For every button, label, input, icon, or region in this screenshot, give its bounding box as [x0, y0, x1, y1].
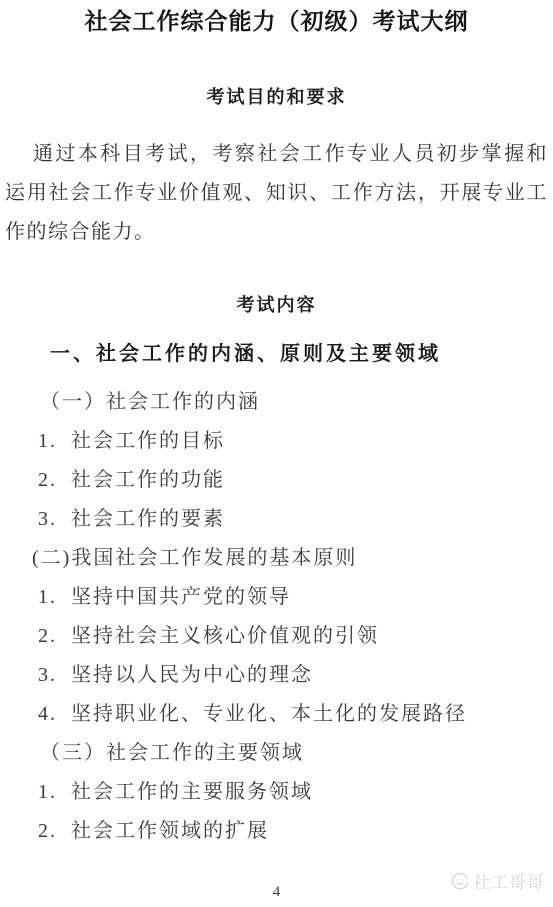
outline-item: 1. 社会工作的主要服务领域: [0, 773, 553, 812]
outline-item: (二)我国社会工作发展的基本原则: [0, 539, 553, 578]
outline-item: 4. 坚持职业化、专业化、本土化的发展路径: [0, 695, 553, 734]
document-page: 社会工作综合能力（初级）考试大纲 考试目的和要求 通过本科目考试，考察社会工作专…: [0, 0, 553, 907]
outline-item: 3. 坚持以人民为中心的理念: [0, 656, 553, 695]
page-footer: 社工哥哥 4: [0, 857, 553, 907]
exam-purpose-heading: 考试目的和要求: [0, 86, 553, 108]
outline-item: 2. 社会工作领域的扩展: [0, 812, 553, 851]
outline-item: 1. 坚持中国共产党的领导: [0, 578, 553, 617]
chapter-one-heading: 一、社会工作的内涵、原则及主要领域: [0, 342, 553, 367]
exam-purpose-paragraph: 通过本科目考试，考察社会工作专业人员初步掌握和运用社会工作专业价值观、知识、工作…: [0, 135, 553, 252]
page-number: 4: [0, 884, 553, 901]
outline-item: 3. 社会工作的要素: [0, 500, 553, 539]
outline-item: 2. 社会工作的功能: [0, 461, 553, 500]
document-title: 社会工作综合能力（初级）考试大纲: [0, 0, 553, 37]
outline-item: 2. 坚持社会主义核心价值观的引领: [0, 617, 553, 656]
outline-item: （一）社会工作的内涵: [0, 383, 553, 422]
chapter-outline-list: （一）社会工作的内涵 1. 社会工作的目标 2. 社会工作的功能 3. 社会工作…: [0, 383, 553, 851]
exam-content-heading: 考试内容: [0, 294, 553, 316]
outline-item: 1. 社会工作的目标: [0, 422, 553, 461]
outline-item: （三）社会工作的主要领域: [0, 734, 553, 773]
